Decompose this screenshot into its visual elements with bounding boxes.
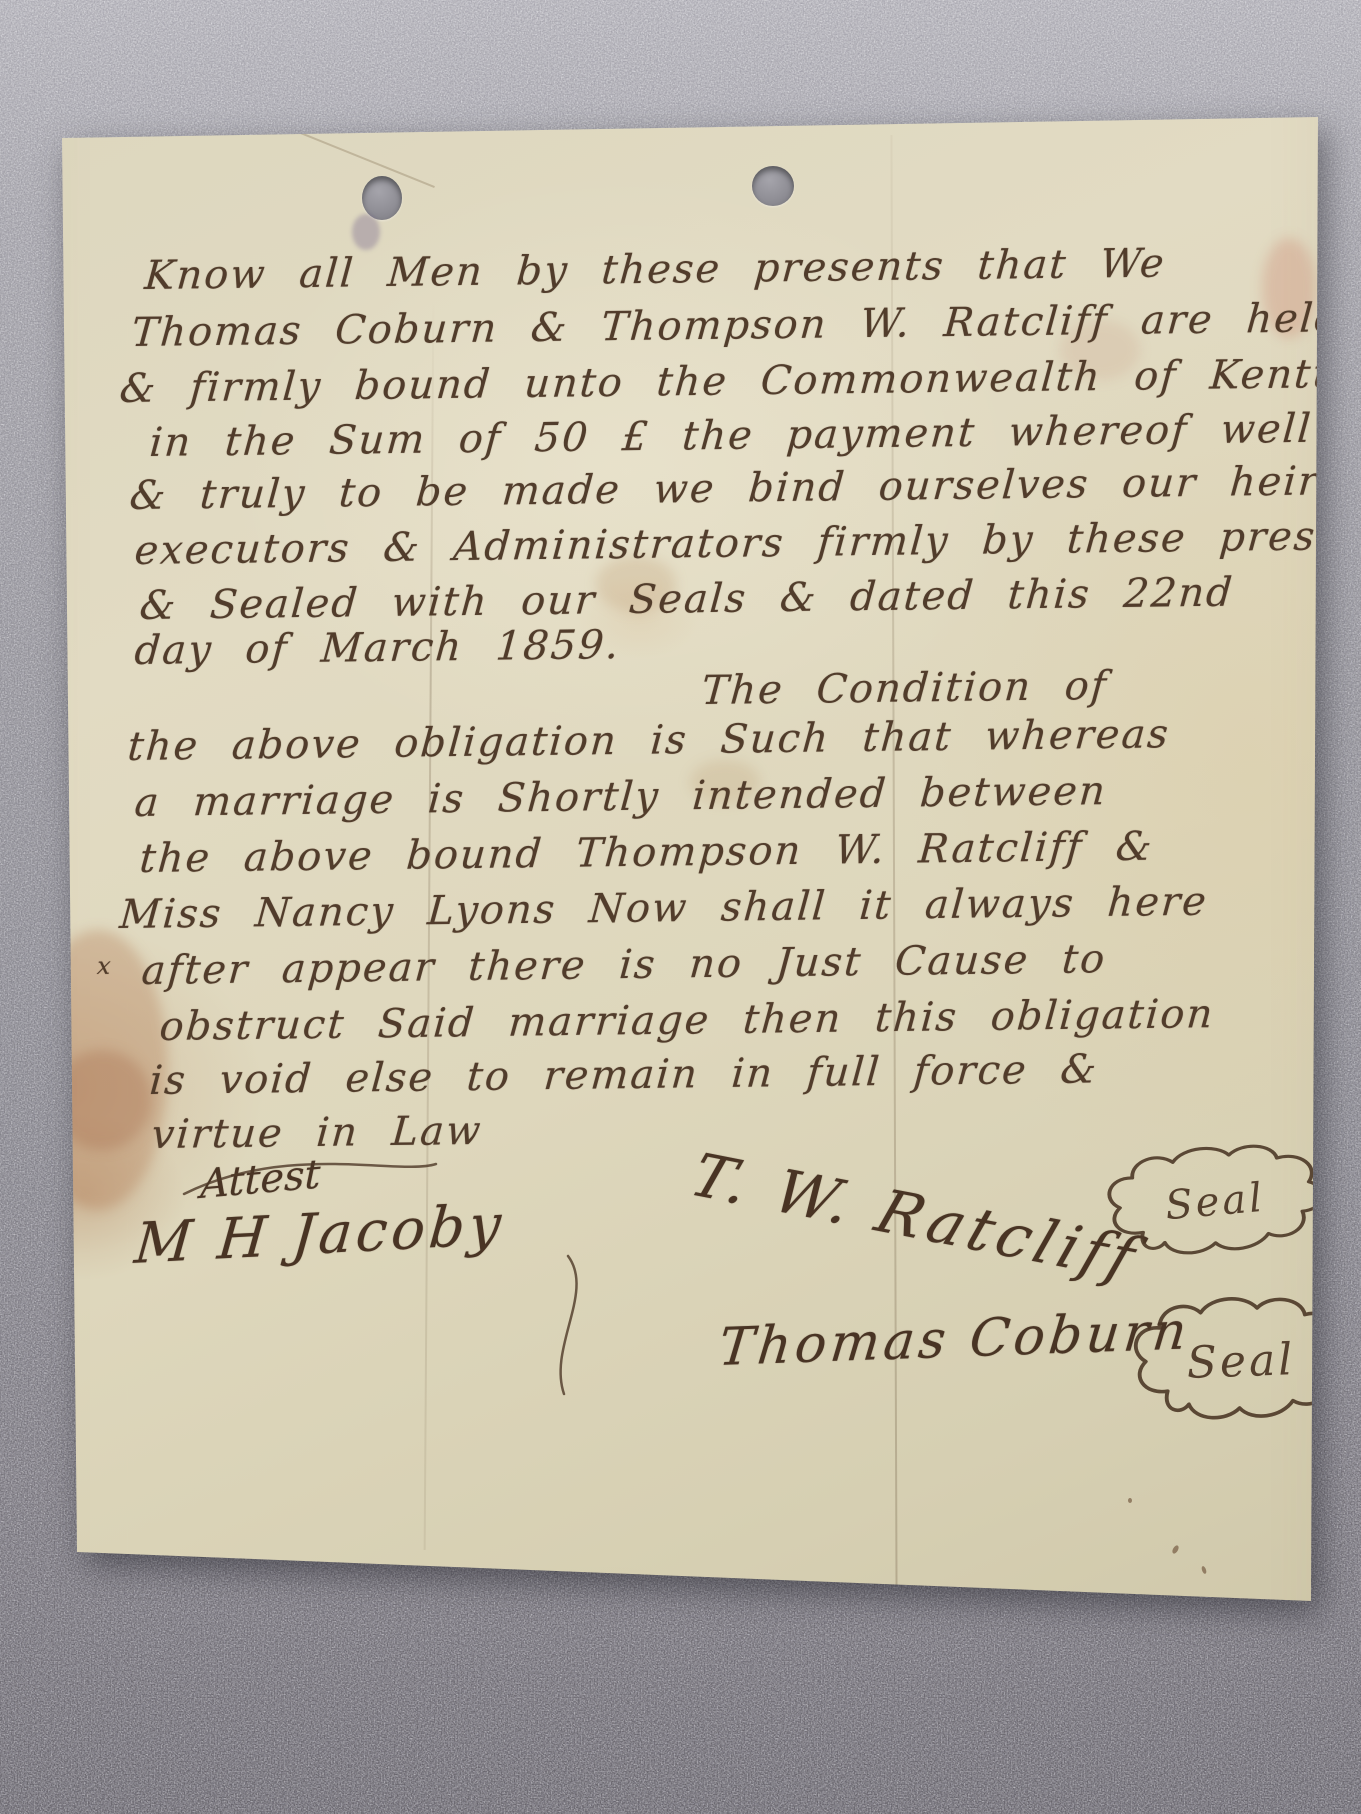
handwriting-line: is void else to remain in full force & — [148, 1046, 1100, 1104]
handwriting-line: in the Sum of 50 £ the payment whereof w… — [148, 406, 1314, 466]
ink-speck — [1128, 1498, 1132, 1503]
handwriting-line: executors & Administrators firmly by the… — [133, 512, 1361, 574]
handwriting-line: the above bound Thompson W. Ratcliff & — [138, 824, 1155, 882]
handwriting-line: the above obligation is Such that wherea… — [126, 711, 1172, 770]
signature-tw-ratcliff: T. W. Ratcliff — [682, 1141, 1148, 1294]
ink-speck — [1201, 1566, 1207, 1575]
punch-hole-right — [752, 166, 794, 206]
fold-crease-top — [295, 130, 435, 188]
seal-flourish-coburn: Seal — [1120, 1288, 1361, 1434]
seal-label: Seal — [1091, 1132, 1339, 1272]
seal-flourish-ratcliff: Seal — [1091, 1132, 1339, 1272]
handwriting-line: after appear there is no Just Cause to — [140, 936, 1108, 994]
handwriting-line: & truly to be made we bind ourselves our… — [128, 458, 1344, 519]
handwriting-line: Know all Men by these presents that We — [143, 240, 1167, 299]
photograph-of-document: Know all Men by these presents that We T… — [0, 0, 1361, 1814]
handwriting-line: day of March 1859. — [133, 622, 622, 674]
handwriting-line: a marriage is Shortly intended between — [133, 768, 1109, 826]
punch-hole-left — [362, 176, 402, 220]
handwriting-line: & Sealed with our Seals & dated this 22n… — [138, 570, 1236, 629]
witness-signature-flourish — [540, 1252, 610, 1402]
insert-caret-mark: x — [96, 952, 114, 980]
stain — [52, 1050, 152, 1150]
handwriting-line: Thomas Coburn & Thompson W. Ratcliff are… — [130, 295, 1344, 356]
handwriting-line: obstruct Said marriage then this obligat… — [158, 991, 1216, 1050]
handwriting-line: Miss Nancy Lyons Now shall it always her… — [118, 879, 1210, 938]
ink-speck — [1171, 1544, 1180, 1554]
paper-shadow-wrapper: Know all Men by these presents that We T… — [0, 0, 1361, 1814]
seal-label: Seal — [1120, 1288, 1361, 1434]
document-paper: Know all Men by these presents that We T… — [0, 0, 1361, 1814]
tear-mark — [352, 214, 380, 250]
handwriting-line: & firmly bound unto the Commonwealth of … — [118, 350, 1361, 412]
handwriting-line: The Condition of — [700, 663, 1109, 714]
